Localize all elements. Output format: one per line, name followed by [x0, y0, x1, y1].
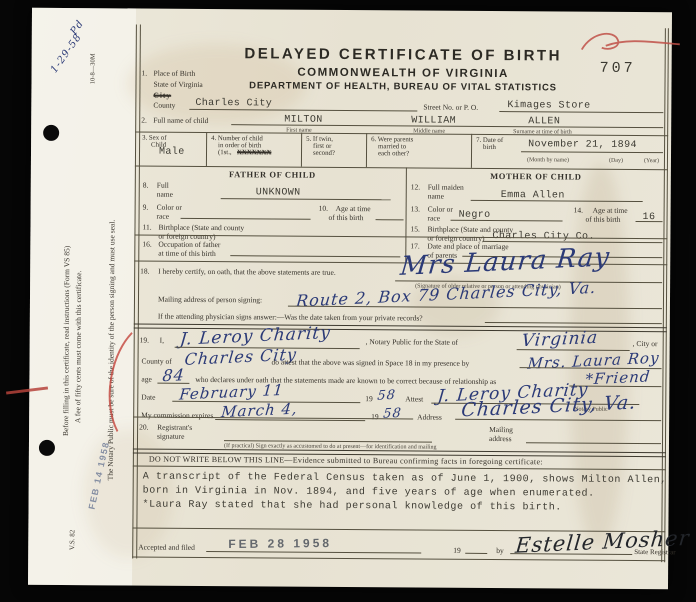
registrant-label-2: signature	[157, 432, 185, 441]
state-label: State of Virginia	[153, 80, 202, 89]
f13-label-1: Color or	[428, 205, 453, 214]
notary-state-handwriting: Virginia	[521, 328, 599, 352]
dob-value: November 21, 1894	[528, 139, 637, 151]
f8-label-2: name	[157, 190, 173, 199]
f10-number: 10.	[319, 204, 328, 213]
f16-label-1: Occupation of father	[158, 240, 220, 249]
full-name-label: Full name of child	[153, 116, 208, 125]
margin-note-instructions: Before filling in this certificate, read…	[61, 246, 71, 436]
evidence-line-3: *Laura Ray stated that she had personal …	[143, 500, 562, 514]
f18-number: 18.	[140, 267, 149, 276]
f13-number: 13.	[411, 204, 420, 213]
f19-text-3: do attest that the above was signed in S…	[272, 357, 470, 367]
box-divider	[206, 132, 207, 166]
registrant-label-1: Registrant's	[157, 423, 192, 432]
f20-mailing-2: address	[489, 434, 512, 443]
f14-label-1: Age at time	[593, 206, 628, 215]
father-section-header: FATHER OF CHILD	[139, 169, 406, 181]
f9-label-2: race	[157, 212, 170, 221]
attest-label: Attest	[405, 394, 423, 403]
commission-year-handwriting: 58	[382, 406, 402, 422]
f19-text-2: , City or	[633, 339, 658, 348]
f10-underline	[376, 219, 404, 220]
f15-number: 15.	[410, 224, 419, 233]
evidence-line-2: born in Virginia in Nov. 1894, and five …	[143, 486, 595, 500]
f20-number: 20.	[139, 423, 148, 432]
f14-number: 14.	[574, 206, 583, 215]
dob-label-2: birth	[483, 144, 496, 152]
f18-certify-text: I hereby certify, on oath, that the abov…	[158, 267, 336, 277]
punch-hole	[43, 125, 59, 141]
f10-label-2: of this birth	[329, 213, 364, 222]
f10-label-1: Age at time	[336, 204, 371, 213]
f20-mailing-1: Mailing	[489, 425, 513, 434]
field1-number: 1.	[142, 69, 148, 78]
certificate-paper: Pd 1-29-58 10-8—30M Before filling in th…	[28, 8, 672, 589]
f16-number: 16.	[142, 240, 151, 249]
box-divider	[301, 133, 302, 167]
dob-day-caption: (Day)	[609, 158, 623, 164]
f15-underline	[482, 241, 662, 243]
parents-married-label-3: each other?	[378, 150, 409, 158]
f9-number: 9.	[143, 203, 149, 212]
box-divider	[366, 133, 367, 167]
sex-value: Male	[159, 147, 185, 158]
f8-underline	[221, 198, 391, 200]
dob-year-caption: (Year)	[644, 158, 659, 164]
f19-text-1: , Notary Public for the State of	[366, 337, 458, 347]
f8-number: 8.	[143, 181, 149, 190]
box-divider	[471, 134, 472, 168]
f13-label-2: race	[428, 214, 441, 223]
twin-label-3: second?	[313, 150, 335, 158]
mother-section-header: MOTHER OF CHILD	[406, 170, 666, 182]
f8-label-1: Full	[157, 181, 169, 190]
street-underline	[499, 111, 663, 113]
commission-year-printed: 19	[371, 412, 379, 421]
county-value: Charles City	[195, 98, 272, 110]
field2-number: 2.	[141, 116, 147, 125]
physician-question: If the attending physician signs answer:…	[158, 312, 423, 323]
date-label: Date	[141, 393, 155, 402]
mailing-address-label: Mailing address of person signing:	[158, 295, 262, 305]
punch-hole	[39, 440, 55, 456]
f16-label-2: at time of this birth	[158, 249, 216, 258]
form-code: V.S. 82	[68, 530, 76, 550]
street-label: Street No. or P. O.	[423, 103, 478, 112]
f12-label-1: Full maiden	[428, 183, 464, 192]
date-year-handwriting: 58	[377, 388, 397, 404]
f14-underline	[636, 221, 663, 222]
year-underline	[465, 553, 487, 554]
accepted-year-printed: 19	[453, 546, 461, 555]
birth-order-struck: XXXXXXX	[237, 149, 271, 157]
parents-column-divider	[405, 167, 407, 262]
accepted-label: Accepted and filed	[138, 543, 195, 552]
f13-underline	[451, 220, 563, 222]
f9-label-1: Color or	[157, 203, 182, 212]
address-label: Address	[417, 412, 442, 421]
certificate-number: 707	[600, 60, 636, 77]
commission-underline	[215, 419, 365, 421]
county-of-label: County of	[142, 357, 172, 366]
f19-number: 19.	[140, 336, 149, 345]
f17-number: 17.	[410, 241, 419, 250]
scan-background: Pd 1-29-58 10-8—30M Before filling in th…	[0, 0, 696, 602]
f12-label-2: name	[428, 192, 444, 201]
date-year-printed: 19	[365, 394, 373, 403]
f9-underline	[181, 218, 311, 220]
f19-i-label: I,	[160, 336, 164, 345]
accepted-underline	[206, 551, 421, 554]
print-code: 10-8—30M	[89, 53, 96, 84]
commission-label: My commission expires	[141, 411, 213, 421]
address-underline	[455, 419, 661, 421]
age-label: age	[141, 375, 151, 384]
dob-underline	[521, 151, 663, 153]
county-label: County	[153, 101, 175, 110]
state-registrar-title: State Registrar	[634, 548, 675, 557]
bottom-border-line	[132, 556, 665, 561]
f14-label-2: of this birth	[586, 215, 621, 224]
father-name-value: UNKNOWN	[256, 187, 301, 198]
margin-note-fee: A fee of fifty cents must come with this…	[73, 271, 83, 424]
f16-underline	[230, 255, 400, 257]
filed-date-stamp: FEB 28 1958	[228, 536, 332, 551]
dob-month-caption: (Month by name)	[527, 157, 569, 163]
street-value: Kimages Store	[507, 100, 590, 112]
age-underline	[157, 383, 189, 384]
f12-number: 12.	[411, 182, 420, 191]
f11-number: 11.	[142, 223, 151, 232]
by-label: by	[496, 546, 504, 555]
f12-underline	[471, 200, 643, 202]
birth-order-label-3: (1st.,	[218, 149, 232, 157]
place-of-birth-label: Place of Birth	[154, 69, 196, 78]
registrant-sig-underline	[224, 440, 432, 442]
struck-city-word: City	[153, 91, 171, 100]
evidence-line-1: A transcript of the Federal Census taken…	[143, 472, 667, 487]
